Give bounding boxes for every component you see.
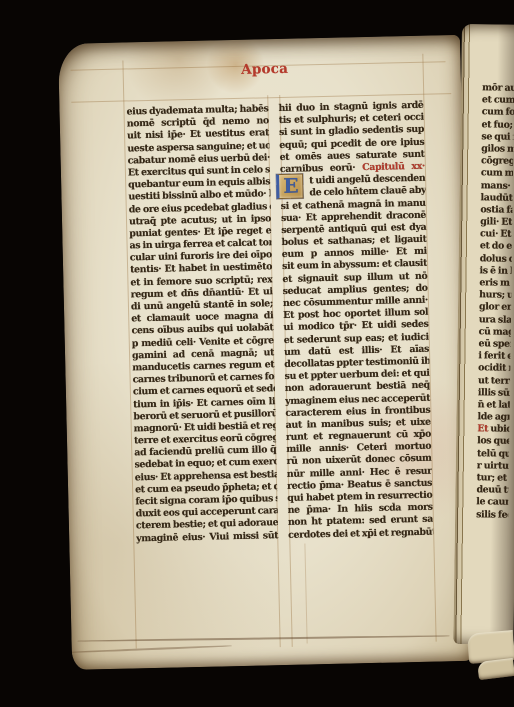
- text-column-left: eius dyademata multa; habēsnomē scriptū …: [126, 103, 278, 546]
- gutter-shadow: [453, 24, 514, 645]
- parchment-crease-short: [72, 645, 232, 653]
- rubric-text: Capitulū xx·: [362, 161, 425, 173]
- adjacent-page-edges: mōr auet cum icum folet fuo;se qui fgilo…: [453, 24, 514, 645]
- text-line: cerdotes dei et xp̄i et regnabūt: [288, 526, 433, 541]
- text-column-right: E hii duo in stagnū ignis ardētis et sul…: [278, 100, 433, 543]
- illuminated-initial: E: [276, 173, 304, 199]
- manuscript-left-page: Apoca eius dyademata multa; habēsnomē sc…: [58, 35, 474, 670]
- ruling-line-minim: [304, 544, 307, 644]
- text-line: ymaginē eius· Viui missi sūt: [136, 530, 278, 545]
- manuscript-photo: Apoca eius dyademata multa; habēsnomē sc…: [0, 0, 514, 707]
- page-corner-edge: [477, 658, 514, 680]
- running-title: Apoca: [204, 60, 324, 79]
- parchment-crease: [78, 635, 450, 642]
